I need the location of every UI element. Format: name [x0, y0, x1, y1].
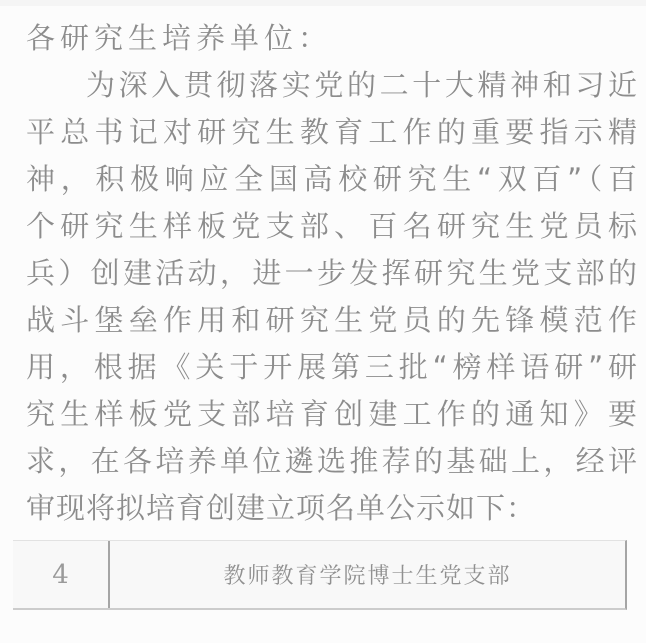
paragraph-line-4: 个研究生样板党支部、百名研究生党员标	[26, 203, 637, 250]
paragraph-line-6: 战斗堡垒作用和研究生党员的先锋模范作	[26, 297, 637, 344]
paragraph-line-2: 平总书记对研究生教育工作的重要指示精	[26, 109, 637, 156]
scan-edge-artifact	[0, 0, 646, 6]
shortlist-table-row: 4 教师教育学院博士生党支部	[13, 540, 627, 610]
paragraph-line-3: 神，积极响应全国高校研究生“双百”（百	[26, 156, 637, 203]
notice-document-body: 各研究生培养单位： 为深入贯彻落实党的二十大精神和习近 平总书记对研究生教育工作…	[26, 15, 637, 532]
paragraph-line-8: 究生样板党支部培育创建工作的通知》要	[26, 391, 637, 438]
paragraph-line-7: 用，根据《关于开展第三批“榜样语研”研	[26, 344, 637, 391]
row-number-cell: 4	[13, 541, 110, 608]
paragraph-line-10: 审现将拟培育创建立项名单公示如下：	[26, 485, 637, 532]
paragraph-line-9: 求，在各培养单位遴选推荐的基础上，经评	[26, 438, 637, 485]
salutation-line: 各研究生培养单位：	[26, 15, 637, 62]
paragraph-line-1: 为深入贯彻落实党的二十大精神和习近	[26, 62, 637, 109]
branch-name-cell: 教师教育学院博士生党支部	[110, 541, 625, 608]
paragraph-line-5: 兵）创建活动，进一步发挥研究生党支部的	[26, 250, 637, 297]
